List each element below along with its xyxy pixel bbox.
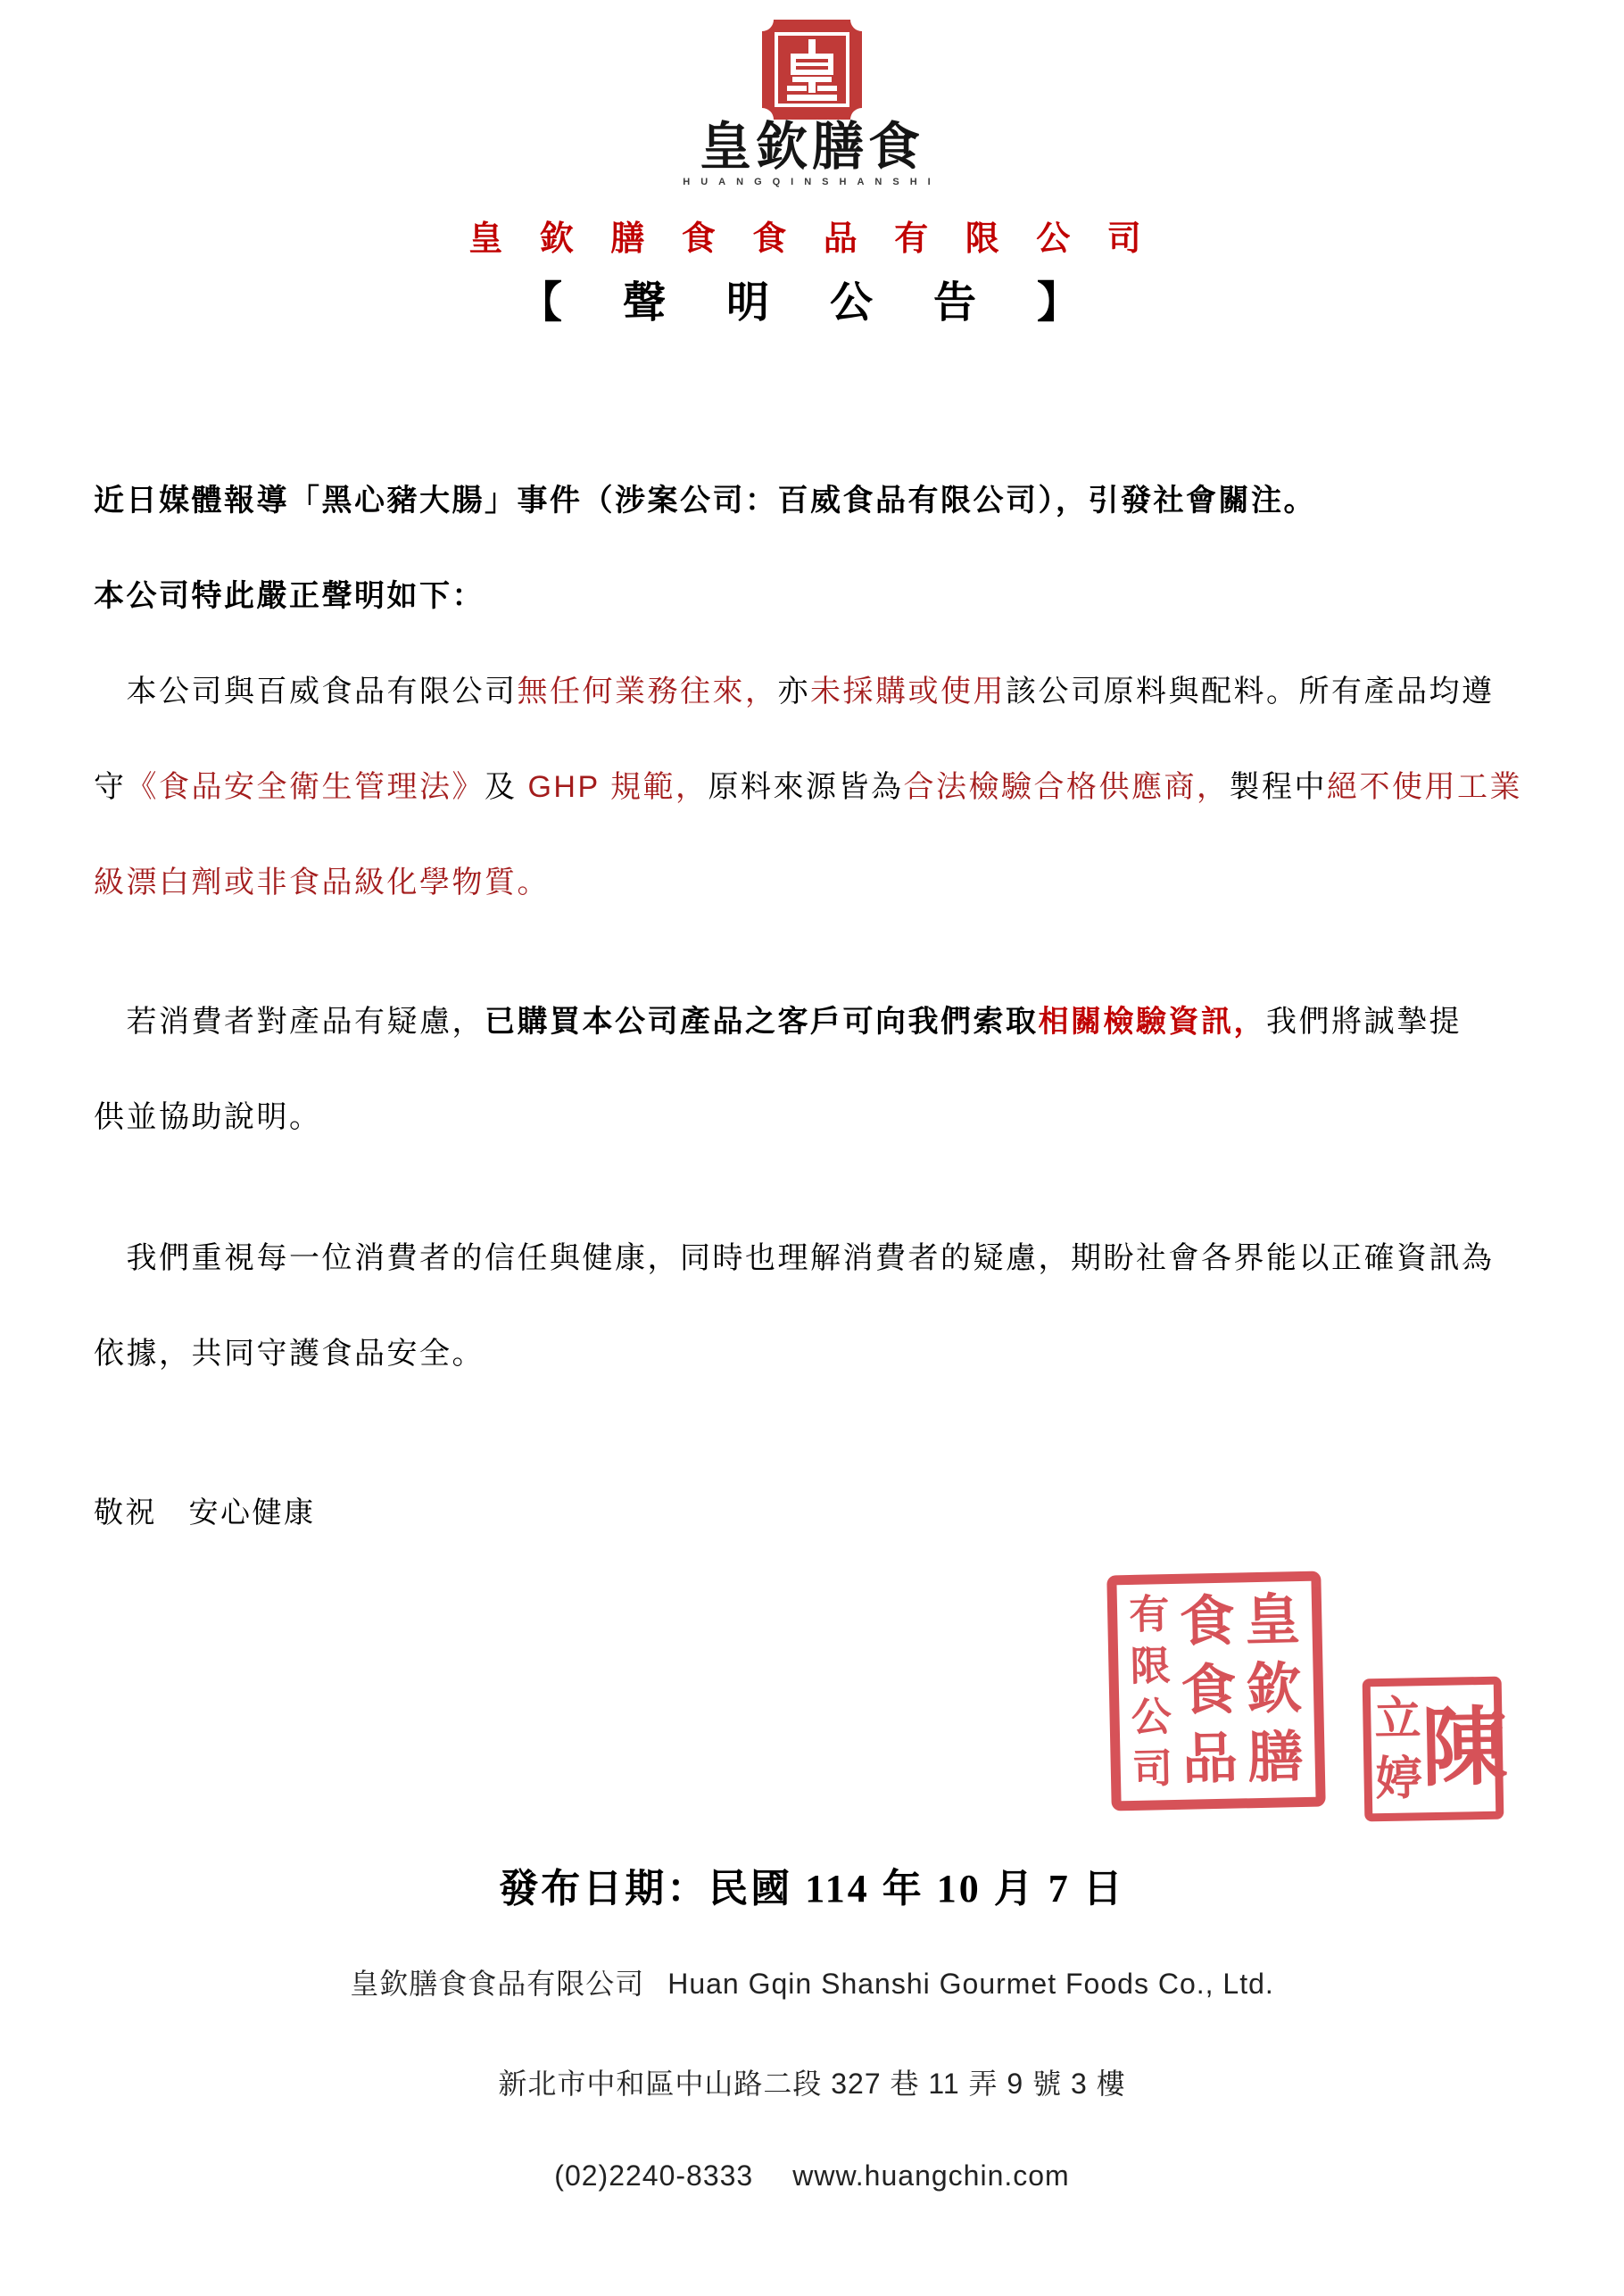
paragraph-p4: 若消費者對產品有疑慮，已購買本公司產品之客戶可向我們索取相關檢驗資訊，我們將誠摯…	[94, 1003, 1534, 1136]
text-segment: 我們重視每一位消費者的信任與健康，同時也理解消費者的疑慮，期盼社會各界能以正確資…	[94, 1241, 1495, 1275]
paragraph-p3: 本公司與百威食品有限公司無任何業務往來，亦未採購或使用該公司原料與配料。所有產品…	[94, 673, 1534, 901]
text-segment: 製程中	[1229, 770, 1327, 804]
paragraph-p1: 近日媒體報導「黑心豬大腸」事件（涉案公司：百威食品有限公司），引發社會關注。	[94, 482, 1534, 519]
company-stamp: 皇欽膳食食品有限公司	[1106, 1571, 1325, 1811]
statement-body: 近日媒體報導「黑心豬大腸」事件（涉案公司：百威食品有限公司），引發社會關注。本公…	[94, 482, 1534, 1589]
text-segment: 本公司特此嚴正聲明如下：	[94, 579, 485, 613]
paragraph-p2: 本公司特此嚴正聲明如下：	[94, 577, 1534, 615]
footer-address: 新北市中和區中山路二段 327 巷 11 弄 9 號 3 樓	[0, 2061, 1624, 2102]
seal-character: 品	[1181, 1731, 1238, 1787]
text-segment: 原料來源皆為	[708, 770, 903, 804]
text-segment: 亦	[778, 675, 811, 709]
text-segment: 若消費者對產品有疑慮，	[94, 1005, 485, 1039]
text-segment: 相關檢驗資訊，	[1039, 1005, 1267, 1039]
name-stamp: 陳立婷	[1363, 1677, 1504, 1822]
text-segment: 依據，共同守護食品安全。	[94, 1337, 485, 1371]
seal-character: 欽	[1246, 1662, 1302, 1718]
page-title: 【 聲 明 公 告 】	[0, 268, 1624, 329]
document-page: 皇欽膳食 HUANGQINSHANSHI 皇 欽 膳 食 食 品 有 限 公 司…	[0, 0, 1624, 2296]
body-line: 敬祝 安心健康	[94, 1494, 1534, 1531]
company-name-heading: 皇 欽 膳 食 食 品 有 限 公 司	[0, 211, 1624, 260]
text-segment: 級漂白劑或非食品級化學物質。	[94, 866, 550, 899]
footer-company-cjk: 皇欽膳食食品有限公司	[350, 1968, 644, 2000]
body-line: 守《食品安全衛生管理法》及 GHP 規範，原料來源皆為合法檢驗合格供應商，製程中…	[94, 768, 1534, 806]
seal-column: 食食品	[1179, 1588, 1239, 1795]
text-segment: 未採購或使用	[810, 675, 1006, 709]
body-line: 近日媒體報導「黑心豬大腸」事件（涉案公司：百威食品有限公司），引發社會關注。	[94, 482, 1534, 519]
seal-character: 膳	[1247, 1730, 1304, 1786]
seal-character: 限	[1130, 1646, 1171, 1687]
footer-company-line: 皇欽膳食食品有限公司Huan Gqin Shanshi Gourmet Food…	[0, 1961, 1624, 2002]
body-line: 依據，共同守護食品安全。	[94, 1335, 1534, 1372]
text-segment: 已購買本公司產品之客戶可向我們索取	[485, 1005, 1039, 1039]
text-segment: GHP 規範，	[527, 770, 708, 804]
seal-character: 食	[1181, 1663, 1237, 1720]
company-logo	[757, 18, 867, 125]
footer-contact-line: (02)2240-8333www.huangchin.com	[0, 2159, 1624, 2192]
seal-character: 公	[1131, 1697, 1172, 1738]
publish-date: 發布日期：民國 114 年 10 月 7 日	[0, 1856, 1624, 1913]
brand-latin-subtext: HUANGQINSHANSHI	[0, 177, 1624, 187]
seal-character: 婷	[1375, 1756, 1422, 1803]
company-seal-logo-icon	[757, 18, 867, 125]
text-segment: 絕不使用工業	[1327, 770, 1522, 804]
text-segment: 及	[485, 770, 527, 804]
text-segment: 近日媒體報導「黑心豬大腸」事件（涉案公司：百威食品有限公司），引發社會關注。	[94, 484, 1316, 518]
brand-calligraphy: 皇欽膳食	[0, 120, 1624, 175]
text-segment: 合法檢驗合格供應商，	[903, 770, 1229, 804]
body-line: 本公司特此嚴正聲明如下：	[94, 577, 1534, 615]
text-segment: 我們將誠摯提	[1266, 1005, 1462, 1039]
body-line: 我們重視每一位消費者的信任與健康，同時也理解消費者的疑慮，期盼社會各界能以正確資…	[94, 1239, 1534, 1277]
text-segment: 無任何業務往來，	[518, 675, 778, 709]
seal-character: 皇	[1244, 1593, 1300, 1649]
seal-column: 皇欽膳	[1244, 1587, 1304, 1793]
text-segment: 供並協助說明。	[94, 1100, 322, 1134]
text-segment: 敬祝 安心健康	[94, 1496, 316, 1529]
text-segment: 該公司原料與配料。所有產品均遵	[1006, 675, 1495, 709]
seal-character: 立	[1374, 1696, 1421, 1744]
body-line: 本公司與百威食品有限公司無任何業務往來，亦未採購或使用該公司原料與配料。所有產品…	[94, 673, 1534, 710]
seal-character: 司	[1132, 1749, 1173, 1790]
footer-phone: (02)2240-8333	[554, 2159, 753, 2192]
seal-character: 有	[1129, 1595, 1170, 1636]
body-line: 供並協助說明。	[94, 1098, 1534, 1136]
seal-column: 陳	[1421, 1688, 1508, 1810]
text-segment: 本公司與百威食品有限公司	[94, 675, 518, 709]
text-segment: 守	[94, 770, 127, 804]
paragraph-p6: 敬祝 安心健康	[94, 1494, 1534, 1531]
footer-company-en: Huan Gqin Shanshi Gourmet Foods Co., Ltd…	[667, 1968, 1274, 2000]
seal-character: 陳	[1421, 1705, 1508, 1793]
body-line: 若消費者對產品有疑慮，已購買本公司產品之客戶可向我們索取相關檢驗資訊，我們將誠摯…	[94, 1003, 1534, 1040]
body-line: 級漂白劑或非食品級化學物質。	[94, 864, 1534, 901]
seal-column: 立婷	[1374, 1689, 1422, 1810]
seal-character: 食	[1179, 1595, 1235, 1651]
text-segment: 《食品安全衛生管理法》	[127, 770, 485, 804]
footer-website: www.huangchin.com	[792, 2159, 1069, 2192]
seal-column: 有限公司	[1129, 1589, 1173, 1795]
paragraph-p5: 我們重視每一位消費者的信任與健康，同時也理解消費者的疑慮，期盼社會各界能以正確資…	[94, 1239, 1534, 1372]
